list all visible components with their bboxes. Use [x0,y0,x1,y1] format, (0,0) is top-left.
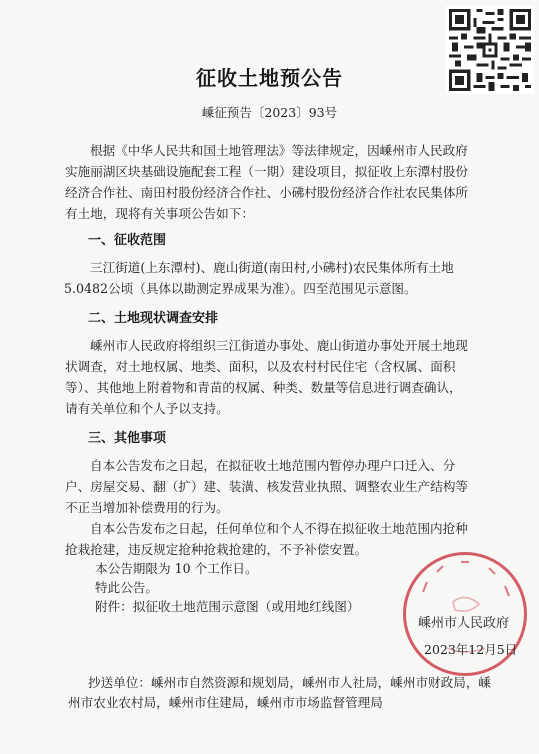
page-title: 征收土地预公告 [0,62,539,91]
section-line: 请有关单位和个人予以支持。 [65,398,229,417]
intro-line: 有土地，现将有关事项公告如下： [65,203,254,222]
intro-line: 经济合作社、南田村股份经济合作社、小砩村股份经济合作社农民集体所 [65,182,468,201]
section-heading: 二、土地现状调查安排 [88,307,218,326]
notice-period: 本公告期限为 10 个工作日。 [95,558,258,577]
section-line: 不正当增加补偿费用的行为。 [65,497,229,516]
section-line: 户、房屋交易、翻（扩）建、装潢、核发营业执照、调整农业生产结构等 [65,476,468,495]
intro-line: 实施丽湖区块基础设施配套工程（一期）建设项目，拟征收上东潭村股份 [65,161,468,180]
section-line: 5.0482公顷（具体以勘测定界成果为准）。四至范围见示意图。 [64,278,417,297]
notice-page: 征收土地预公告 嵊征预告〔2023〕93号 根据《中华人民共和国土地管理法》等法… [0,0,539,754]
document-number: 嵊征预告〔2023〕93号 [0,103,539,121]
section-line: 自本公告发布之日起，在拟征收土地范围内暂停办理户口迁入、分 [90,455,455,474]
section-heading: 一、征收范围 [88,229,166,248]
attachment-link[interactable]: 附件：拟征收土地范围示意图（或用地红线图） [95,596,359,615]
section-heading: 三、其他事项 [88,427,166,446]
section-line: 三江街道(上东潭村)、鹿山街道(南田村,小砩村)农民集体所有土地 [90,257,454,276]
intro-line: 根据《中华人民共和国土地管理法》等法律规定，因嵊州市人民政府 [90,140,468,159]
section-line: 自本公告发布之日起，任何单位和个人不得在拟征收土地范围内抢种 [90,518,468,537]
section-line: 抢栽抢建，违反规定抢种抢栽抢建的，不予补偿安置。 [65,539,367,558]
section-line: 等）、其他地上附着物和青苗的权属、种类、数量等信息进行调查确认， [65,377,462,396]
cc-line: 州市农业农村局，嵊州市住建局，嵊州市市场监督管理局 [68,692,383,711]
issue-date: 2023年12月5日 [424,640,517,658]
issuer-name: 嵊州市人民政府 [418,612,509,631]
closing-remark: 特此公告。 [95,577,158,596]
section-line: 嵊州市人民政府将组织三江街道办事处、鹿山街道办事处开展土地现 [90,335,468,354]
section-line: 状调查，对土地权属、地类、面积，以及农村村民住宅（含权属、面积 [65,356,455,375]
cc-line: 抄送单位：嵊州市自然资源和规划局，嵊州市人社局，嵊州市财政局，嵊 [88,672,491,691]
